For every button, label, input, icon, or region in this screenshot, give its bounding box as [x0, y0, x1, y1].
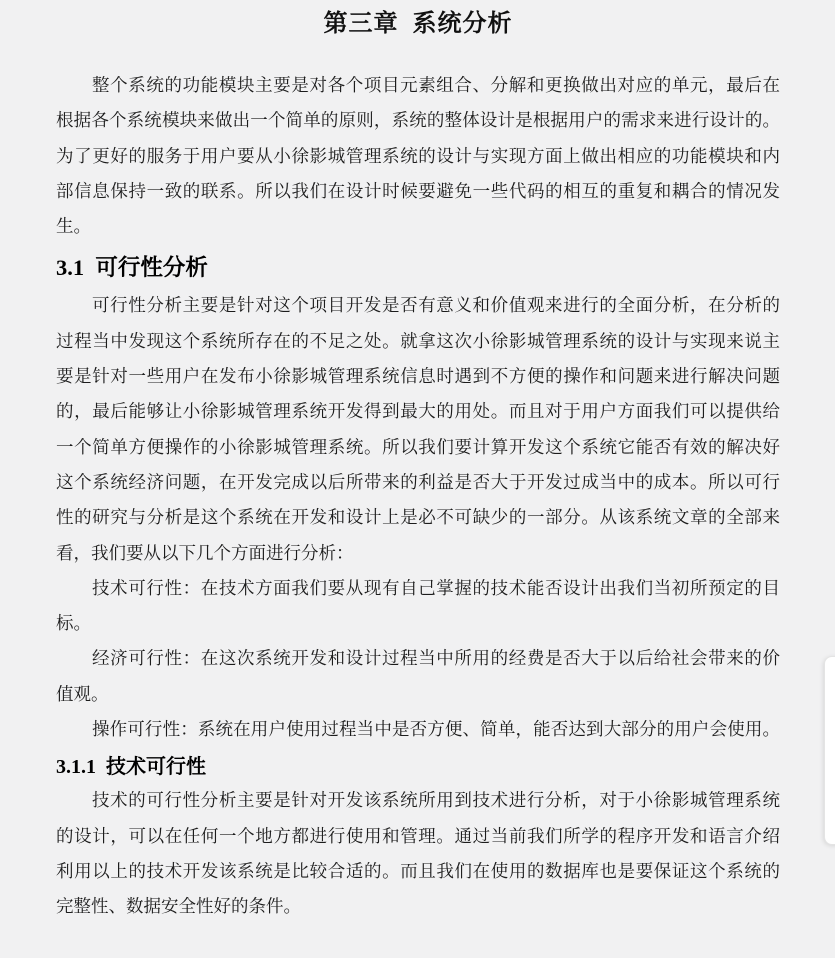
- text-line: 要是针对一些用户在发布小徐影城管理系统信息时遇到不方便的操作和问题来进行解决问题: [56, 359, 780, 394]
- text-line: 这个系统经济问题，在开发完成以后所带来的利益是否大于开发过成当中的成本。所以可行: [56, 465, 780, 500]
- section-heading-3-1: 3.1 可行性分析: [56, 248, 780, 288]
- text-line: 部信息保持一致的联系。所以我们在设计时候要避免一些代码的相互的重复和耦合的情况发: [56, 174, 780, 209]
- text-line: 过程当中发现这个系统所存在的不足之处。就拿这次小徐影城管理系统的设计与实现来说主: [56, 324, 780, 359]
- text-line: 利用以上的技术开发该系统是比较合适的。而且我们在使用的数据库也是要保证这个系统的: [56, 854, 780, 889]
- section-heading-3-1-1: 3.1.1 技术可行性: [56, 751, 780, 783]
- text-line: 值观。: [56, 677, 780, 712]
- paragraph-technical-item: 技术可行性：在技术方面我们要从现有自己掌握的技术能否设计出我们当初所预定的目 标…: [56, 571, 780, 642]
- text-line: 经济可行性：在这次系统开发和设计过程当中所用的经费是否大于以后给社会带来的价: [56, 641, 780, 676]
- chapter-title: 第三章 系统分析: [56, 7, 780, 41]
- text-line: 的设计，可以在任何一个地方都进行使用和管理。通过当前我们所学的程序开发和语言介绍: [56, 819, 780, 854]
- scrollbar-thumb[interactable]: [824, 656, 835, 845]
- text-line: 技术的可行性分析主要是针对开发该系统所用到技术进行分析，对于小徐影城管理系统: [56, 783, 780, 818]
- text-line: 整个系统的功能模块主要是对各个项目元素组合、分解和更换做出对应的单元，最后在: [56, 68, 780, 103]
- paragraph-feasibility: 可行性分析主要是针对这个项目开发是否有意义和价值观来进行的全面分析，在分析的 过…: [56, 288, 780, 570]
- document-page: 第三章 系统分析 整个系统的功能模块主要是对各个项目元素组合、分解和更换做出对应…: [0, 0, 835, 958]
- text-line: 为了更好的服务于用户要从小徐影城管理系统的设计与实现方面上做出相应的功能模块和内: [56, 139, 780, 174]
- text-line: 操作可行性：系统在用户使用过程当中是否方便、简单，能否达到大部分的用户会使用。: [56, 712, 780, 747]
- text-line: 标。: [56, 606, 780, 641]
- text-line: 技术可行性：在技术方面我们要从现有自己掌握的技术能否设计出我们当初所预定的目: [56, 571, 780, 606]
- text-line: 完整性、数据安全性好的条件。: [56, 889, 780, 924]
- text-line: 的，最后能够让小徐影城管理系统开发得到最大的用处。而且对于用户方面我们可以提供给: [56, 394, 780, 429]
- text-line: 根据各个系统模块来做出一个简单的原则，系统的整体设计是根据用户的需求来进行设计的…: [56, 103, 780, 138]
- text-line: 可行性分析主要是针对这个项目开发是否有意义和价值观来进行的全面分析，在分析的: [56, 288, 780, 323]
- paragraph-intro: 整个系统的功能模块主要是对各个项目元素组合、分解和更换做出对应的单元，最后在 根…: [56, 68, 780, 244]
- paragraph-economic-item: 经济可行性：在这次系统开发和设计过程当中所用的经费是否大于以后给社会带来的价 值…: [56, 641, 780, 712]
- paragraph-technical-detail: 技术的可行性分析主要是针对开发该系统所用到技术进行分析，对于小徐影城管理系统 的…: [56, 783, 780, 924]
- text-line: 看，我们要从以下几个方面进行分析：: [56, 536, 780, 571]
- text-line: 一个简单方便操作的小徐影城管理系统。所以我们要计算开发这个系统它能否有效的解决好: [56, 430, 780, 465]
- document-content: 第三章 系统分析 整个系统的功能模块主要是对各个项目元素组合、分解和更换做出对应…: [56, 0, 780, 925]
- paragraph-operational-item: 操作可行性：系统在用户使用过程当中是否方便、简单，能否达到大部分的用户会使用。: [56, 712, 780, 747]
- text-line: 性的研究与分析是这个系统在开发和设计上是必不可缺少的一部分。从该系统文章的全部来: [56, 500, 780, 535]
- text-line: 生。: [56, 209, 780, 244]
